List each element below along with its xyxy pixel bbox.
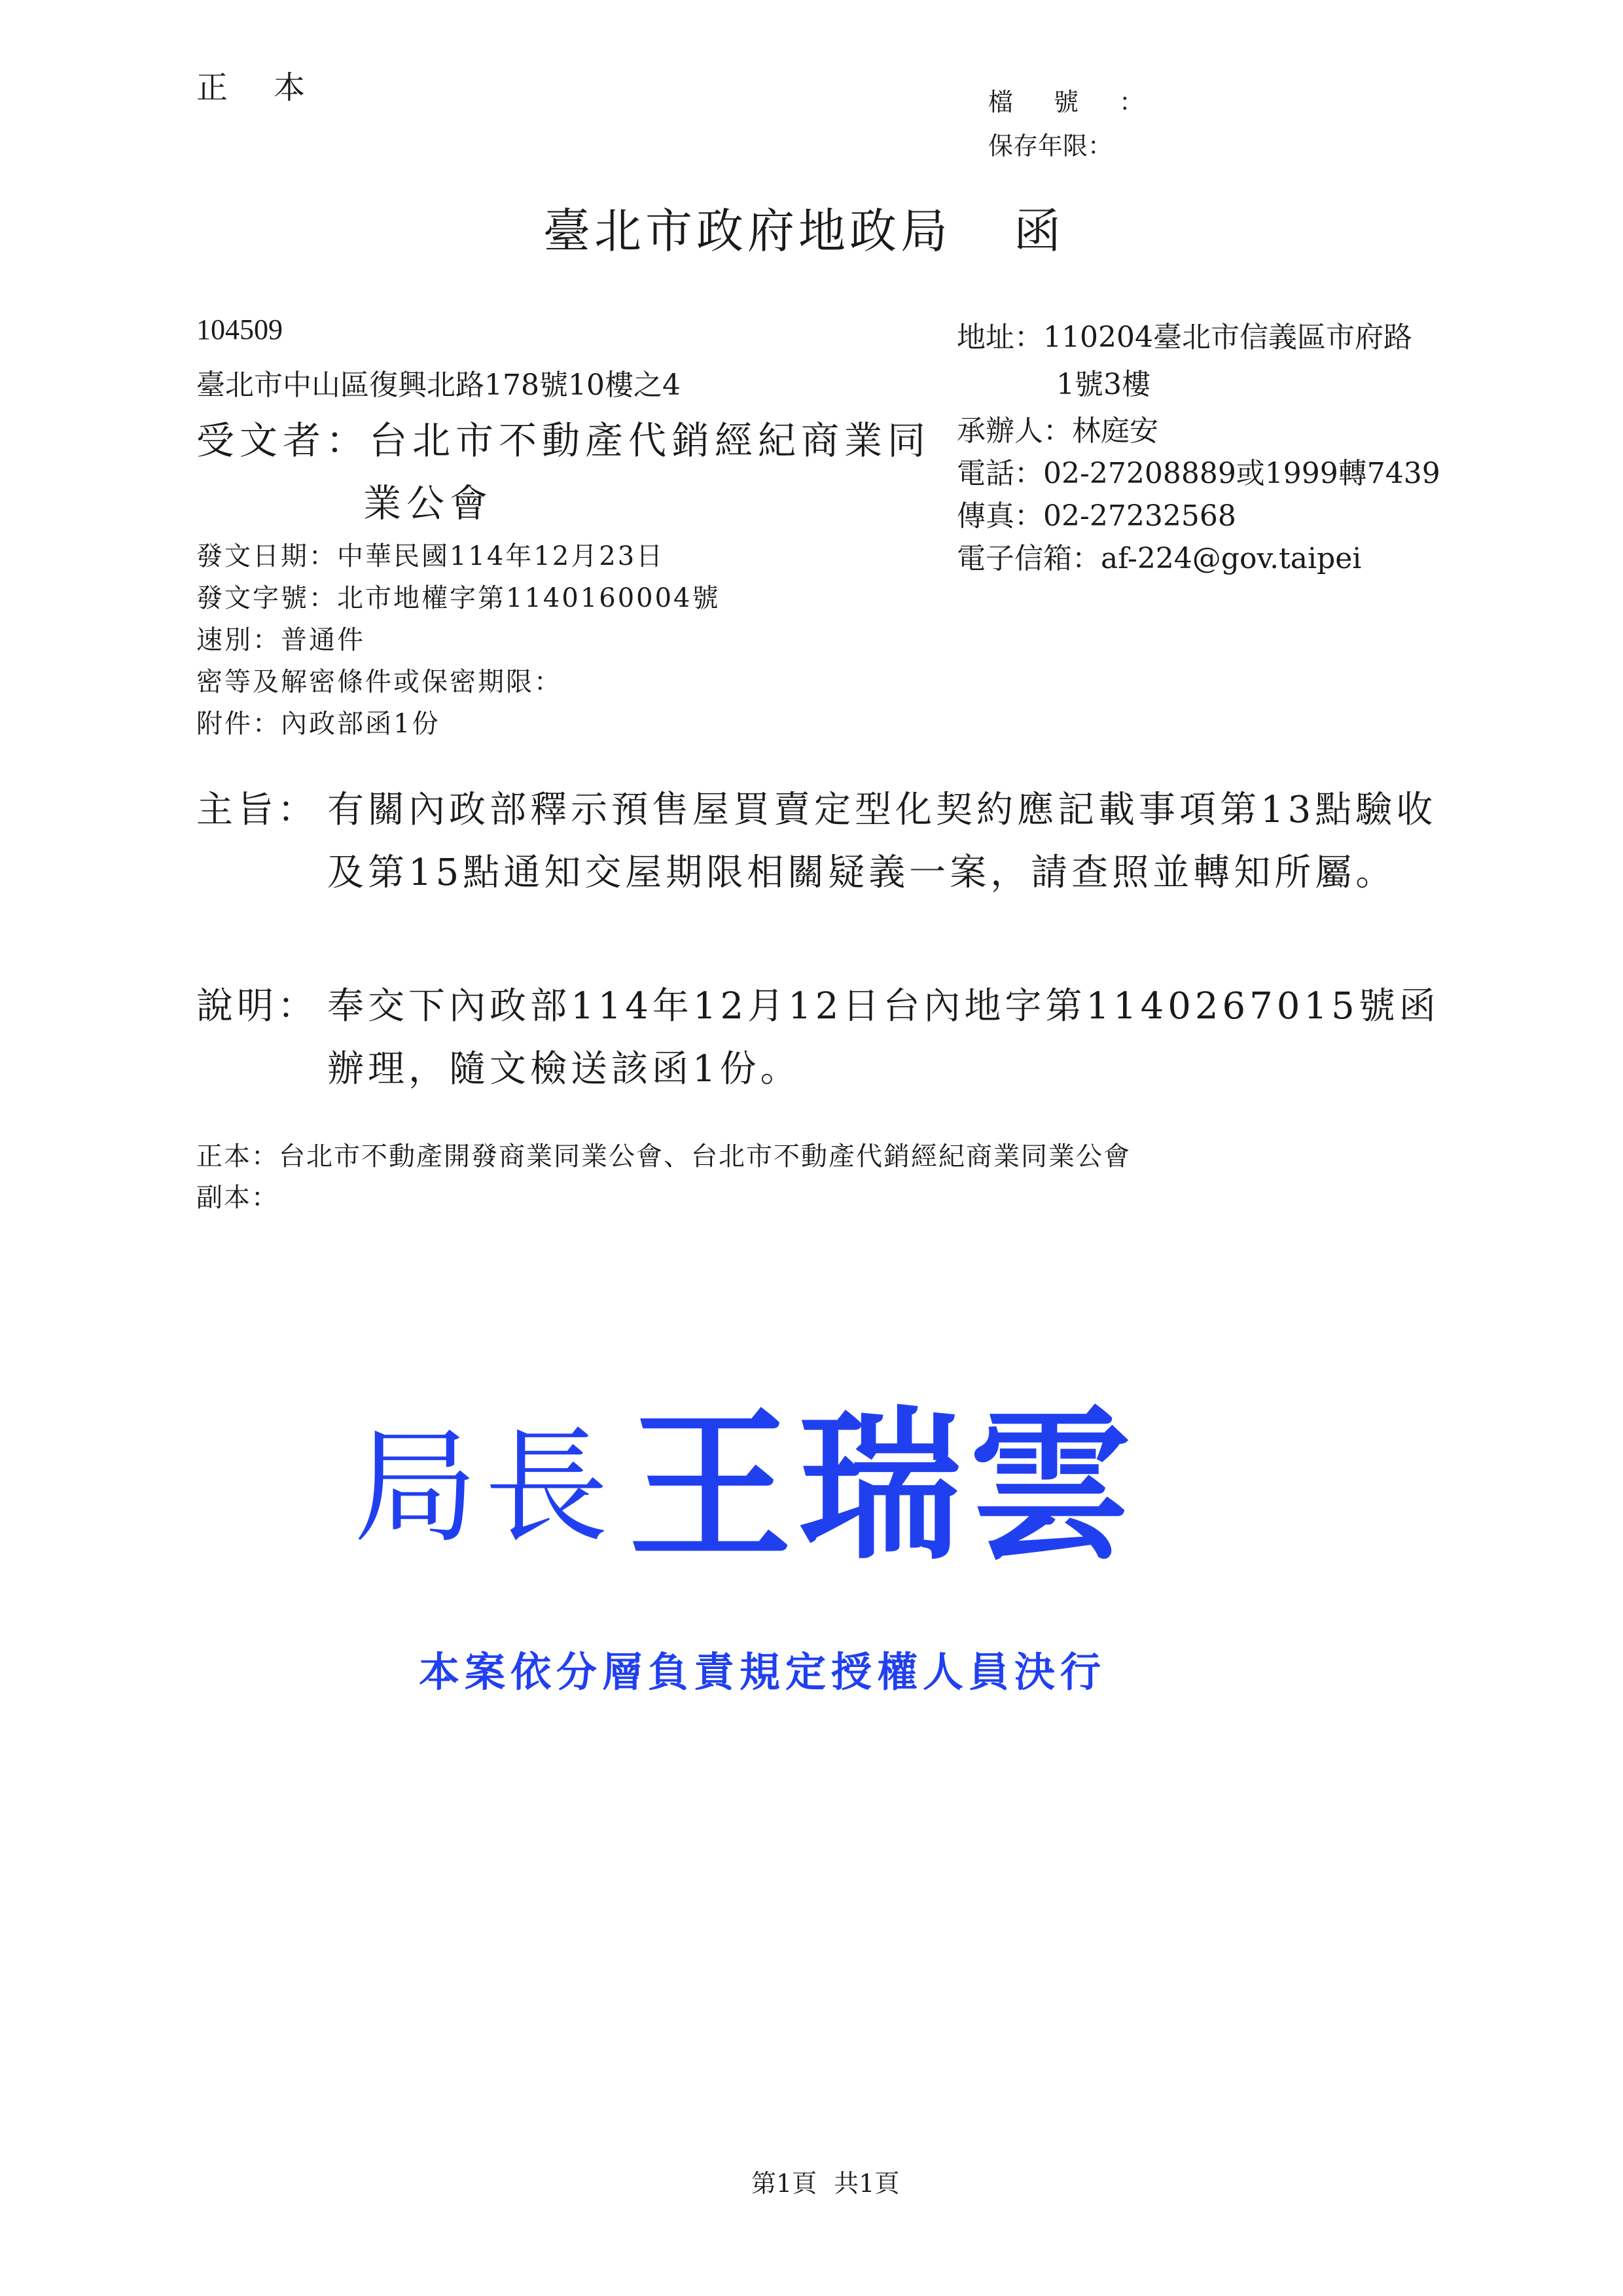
distribution-main-label: 正本： [196,1141,279,1172]
signatory-name: 王瑞雲 [628,1391,1139,1582]
issue-date-label: 發文日期： [196,541,337,571]
recipient-postal-code: 104509 [196,313,283,346]
copy-type-label: 正本 [196,62,351,107]
document-type: 函 [1014,204,1065,259]
delivery-speed-value: 普通件 [281,625,365,655]
page-current: 第1頁 [751,2169,817,2198]
agency-address: 地址：110204臺北市信義區市府路 1號3樓 [957,314,1412,408]
explanation-section: 說明： 奉交下內政部114年12月12日台內地字第1140267015號函辦理，… [196,975,1472,1101]
subject-label: 主旨： [196,779,318,842]
distribution-cc: 副本： [196,1177,279,1214]
phone-value: 02-27208889或1999轉7439 [1043,457,1440,490]
signatory-title: 局長 [353,1415,615,1560]
retention-label: 保存年限 [988,126,1088,162]
recipient-block: 受文者：台北市不動產代銷經紀商業同 業公會 [196,409,949,535]
secrecy-field: 密等及解密條件或保密期限： [196,661,562,698]
email-label: 電子信箱： [957,542,1101,575]
attachment-value: 內政部函1份 [281,709,440,739]
email-value: af-224@gov.taipei [1101,542,1361,575]
address-label: 地址： [957,321,1043,354]
delivery-speed-label: 速別： [196,625,281,655]
recipient-name-line2: 業公會 [196,472,949,535]
issue-date-field: 發文日期：中華民國114年12月23日 [196,535,664,573]
authorization-stamp: 本案依分層負責規定授權人員決行 [419,1640,1106,1698]
secrecy-label: 密等及解密條件或保密期限： [196,667,562,697]
subject-section: 主旨： 有關內政部釋示預售屋買賣定型化契約應記載事項第13點驗收及第15點通知交… [196,779,1472,905]
reference-number-field: 發文字號：北市地權字第1140160004號 [196,577,721,615]
attachment-field: 附件：內政部函1份 [196,703,440,740]
document-title: 臺北市政府地政局函 [543,193,1065,261]
file-number-field: 檔號： [988,82,1144,118]
handler-label: 承辦人： [957,414,1072,448]
fax-value: 02-27232568 [1043,499,1236,533]
explanation-text: 奉交下內政部114年12月12日台內地字第1140267015號函辦理，隨文檢送… [196,975,1472,1101]
reference-number-value: 北市地權字第1140160004號 [337,583,721,613]
handler-field: 承辦人：林庭安 [957,407,1158,449]
colon: ： [1119,88,1144,117]
file-number-label: 檔號 [988,82,1119,118]
explanation-label: 說明： [196,975,318,1038]
distribution-cc-label: 副本： [196,1183,279,1213]
recipient-label: 受文者： [196,409,369,472]
page-indicator: 第1頁共1頁 [751,2163,899,2199]
attachment-label: 附件： [196,709,281,739]
colon: ： [1088,132,1113,160]
fax-field: 傳真：02-27232568 [957,492,1236,534]
distribution-main: 正本：台北市不動產開發商業同業公會、台北市不動產代銷經紀商業同業公會 [196,1136,1131,1173]
phone-field: 電話：02-27208889或1999轉7439 [957,450,1440,492]
reference-number-label: 發文字號： [196,583,337,613]
subject-text: 有關內政部釋示預售屋買賣定型化契約應記載事項第13點驗收及第15點通知交屋期限相… [196,779,1472,905]
retention-field: 保存年限： [988,126,1113,162]
phone-label: 電話： [957,457,1043,490]
address-line2: 1號3樓 [957,361,1412,408]
recipient-name-line1: 台北市不動產代銷經紀商業同 [369,418,931,463]
recipient-address: 臺北市中山區復興北路178號10樓之4 [196,361,681,403]
delivery-speed-field: 速別：普通件 [196,619,365,656]
email-field: 電子信箱：af-224@gov.taipei [957,535,1361,577]
handler-value: 林庭安 [1072,414,1158,448]
issue-date-value: 中華民國114年12月23日 [337,541,664,571]
address-line1: 110204臺北市信義區市府路 [1043,321,1412,354]
fax-label: 傳真： [957,499,1043,533]
agency-name: 臺北市政府地政局 [543,204,952,259]
distribution-main-value: 台北市不動產開發商業同業公會、台北市不動產代銷經紀商業同業公會 [279,1141,1131,1172]
page-total: 共1頁 [834,2169,899,2198]
signature-stamp: 局長王瑞雲 [353,1355,1139,1590]
